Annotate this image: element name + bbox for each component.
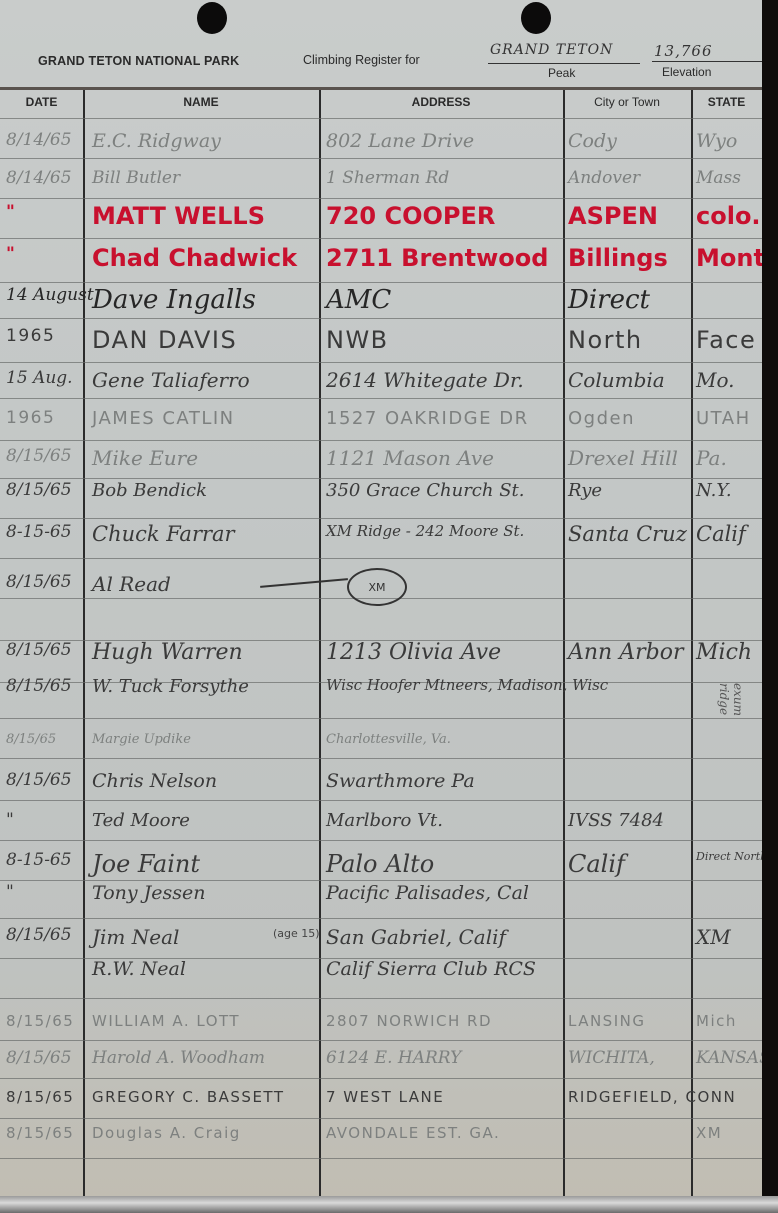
entry-date: " bbox=[6, 244, 15, 264]
column-divider bbox=[563, 90, 565, 1196]
park-name: GRAND TETON NATIONAL PARK bbox=[38, 54, 239, 68]
elevation-label: Elevation bbox=[662, 65, 711, 79]
entry-date: 8/15/65 bbox=[6, 446, 72, 466]
entry-name: Al Read bbox=[92, 572, 171, 596]
entry-date: 8/14/65 bbox=[6, 130, 72, 150]
entry-address: 1121 Mason Ave bbox=[326, 446, 494, 470]
ruled-line bbox=[0, 118, 762, 119]
entry-date: 8/14/65 bbox=[6, 168, 72, 188]
entry-date: 8/15/65 bbox=[6, 480, 72, 500]
entry-name: Gene Taliaferro bbox=[92, 368, 250, 392]
entry-city: IVSS 7484 bbox=[568, 810, 664, 831]
entry-city: Ogden bbox=[568, 408, 635, 429]
entry-address: Swarthmore Pa bbox=[326, 770, 475, 792]
entry-city: WICHITA, bbox=[568, 1048, 655, 1068]
entry-city: Drexel Hill bbox=[568, 446, 678, 470]
ruled-line bbox=[0, 158, 762, 159]
age-note: (age 15) bbox=[273, 928, 320, 940]
background-edge bbox=[762, 0, 778, 1213]
entry-state: KANSAS bbox=[696, 1048, 762, 1068]
column-divider bbox=[691, 90, 693, 1196]
header-divider bbox=[0, 87, 762, 90]
entry-date: 8/15/65 bbox=[6, 676, 72, 696]
entry-date: 8/15/65 bbox=[6, 640, 72, 660]
column-header-date: DATE bbox=[0, 95, 83, 109]
entry-date: " bbox=[6, 882, 14, 902]
entry-city: Direct bbox=[568, 285, 650, 315]
exum-ridge-note: exum ridge bbox=[717, 683, 745, 745]
punch-hole bbox=[197, 2, 227, 34]
entry-name: Harold A. Woodham bbox=[92, 1048, 265, 1068]
entry-address: 2614 Whitegate Dr. bbox=[326, 368, 524, 392]
column-divider bbox=[319, 90, 321, 1196]
ruled-line bbox=[0, 998, 762, 999]
entry-address: 802 Lane Drive bbox=[326, 130, 474, 152]
entry-city: Columbia bbox=[568, 368, 665, 392]
entry-name: MATT WELLS bbox=[92, 202, 265, 230]
ruled-line bbox=[0, 398, 762, 399]
entry-name: Jim Neal bbox=[92, 925, 179, 949]
punch-hole bbox=[521, 2, 551, 34]
ruled-line bbox=[0, 198, 762, 199]
entry-city: Rye bbox=[568, 480, 602, 501]
entry-state: Mo. bbox=[696, 368, 735, 392]
register-sheet: GRAND TETON NATIONAL PARK Climbing Regis… bbox=[0, 0, 762, 1203]
entry-state: Mass bbox=[696, 168, 741, 188]
ruled-line bbox=[0, 1118, 762, 1119]
entry-address: Palo Alto bbox=[326, 850, 434, 878]
peak-rule bbox=[488, 63, 640, 64]
ruled-line bbox=[0, 238, 762, 239]
entry-address: San Gabriel, Calif bbox=[326, 925, 506, 949]
entry-state: UTAH bbox=[696, 408, 751, 429]
entry-date: 15 Aug. bbox=[6, 368, 73, 388]
column-header-address: ADDRESS bbox=[319, 95, 563, 109]
xm-circle-annotation: XM bbox=[347, 568, 407, 606]
entry-name: JAMES CATLIN bbox=[92, 408, 235, 429]
elevation-value: 13,766 bbox=[654, 42, 713, 60]
entry-state: XM bbox=[696, 925, 731, 949]
xm-pointer-line bbox=[260, 578, 348, 587]
entry-name: Dave Ingalls bbox=[92, 285, 256, 315]
entry-date: " bbox=[6, 810, 14, 830]
elevation-rule bbox=[652, 61, 762, 62]
entry-name: DAN DAVIS bbox=[92, 326, 237, 354]
column-header-name: NAME bbox=[83, 95, 319, 109]
peak-value: GRAND TETON bbox=[490, 42, 640, 58]
column-header-city: City or Town bbox=[563, 95, 691, 109]
entry-state: Direct North Face bbox=[696, 850, 762, 863]
entry-address: AVONDALE EST. GA. bbox=[326, 1124, 500, 1142]
entry-name: Bob Bendick bbox=[92, 480, 207, 501]
entry-date: 8-15-65 bbox=[6, 522, 72, 542]
ruled-line bbox=[0, 918, 762, 919]
entry-name: Joe Faint bbox=[92, 850, 200, 878]
entry-address: Marlboro Vt. bbox=[326, 810, 443, 831]
ruled-line bbox=[0, 282, 762, 283]
entry-address: NWB bbox=[326, 326, 389, 354]
register-label: Climbing Register for bbox=[303, 53, 420, 67]
ruled-line bbox=[0, 478, 762, 479]
entry-city: LANSING bbox=[568, 1012, 645, 1030]
ruled-line bbox=[0, 558, 762, 559]
entry-state: N.Y. bbox=[696, 480, 732, 501]
entry-address: 2807 NORWICH RD bbox=[326, 1012, 492, 1030]
entry-address: 350 Grace Church St. bbox=[326, 480, 525, 501]
ruled-line bbox=[0, 440, 762, 441]
ruled-line bbox=[0, 1078, 762, 1079]
entry-name: Margie Updike bbox=[92, 732, 191, 747]
entry-state: Mont. bbox=[696, 244, 762, 272]
entry-address: 720 COOPER bbox=[326, 202, 495, 230]
entry-name: R.W. Neal bbox=[92, 958, 186, 980]
entry-state: Face bbox=[696, 326, 756, 354]
ruled-line bbox=[0, 318, 762, 319]
entry-date: 8/15/65 bbox=[6, 770, 72, 790]
ruled-line bbox=[0, 718, 762, 719]
entry-state: Mich bbox=[696, 640, 752, 665]
peak-label: Peak bbox=[548, 66, 575, 80]
entry-name: Ted Moore bbox=[92, 810, 190, 831]
entry-city: ASPEN bbox=[568, 202, 658, 230]
entry-name: Tony Jessen bbox=[92, 882, 206, 904]
entry-name: Bill Butler bbox=[92, 168, 180, 188]
entry-address: 1213 Olivia Ave bbox=[326, 640, 501, 665]
entry-address: 1527 OAKRIDGE DR bbox=[326, 408, 529, 429]
entry-date: 8/15/65 bbox=[6, 1012, 74, 1030]
clipboard-edge bbox=[0, 1196, 778, 1213]
entry-city: Ann Arbor bbox=[568, 640, 683, 665]
entry-name: Hugh Warren bbox=[92, 640, 243, 665]
entry-date: 8-15-65 bbox=[6, 850, 72, 870]
entry-date: " bbox=[6, 202, 15, 222]
entry-state: XM bbox=[696, 1124, 722, 1142]
ruled-line bbox=[0, 880, 762, 881]
entry-address: Charlottesville, Va. bbox=[326, 732, 451, 747]
ruled-line bbox=[0, 800, 762, 801]
entry-address: AMC bbox=[326, 285, 391, 315]
entry-address: Pacific Palisades, Cal bbox=[326, 882, 529, 904]
entry-name: GREGORY C. BASSETT bbox=[92, 1088, 285, 1106]
ruled-line bbox=[0, 362, 762, 363]
entry-date: 8/15/65 bbox=[6, 1124, 74, 1142]
entry-state: Wyo bbox=[696, 130, 737, 152]
entry-address: Wisc Hoofer Mtneers, Madison, Wisc bbox=[326, 676, 602, 694]
entry-name: Chris Nelson bbox=[92, 770, 217, 792]
entry-state: Calif bbox=[696, 522, 746, 546]
entry-state: Mich bbox=[696, 1012, 737, 1030]
entry-city: Andover bbox=[568, 168, 640, 188]
entry-date: 8/15/65 bbox=[6, 1088, 74, 1106]
entry-address: XM Ridge - 242 Moore St. bbox=[326, 522, 524, 540]
entry-name: WILLIAM A. LOTT bbox=[92, 1012, 240, 1030]
entry-city: Cody bbox=[568, 130, 617, 152]
ruled-line bbox=[0, 518, 762, 519]
entry-name: Mike Eure bbox=[92, 446, 198, 470]
entry-address: 7 WEST LANE bbox=[326, 1088, 444, 1106]
entry-date: 8/15/65 bbox=[6, 925, 72, 945]
entry-address: 1 Sherman Rd bbox=[326, 168, 449, 188]
ruled-line bbox=[0, 1040, 762, 1041]
entry-city: North bbox=[568, 326, 643, 354]
entry-date: 8/15/65 bbox=[6, 572, 72, 592]
entry-city: Billings bbox=[568, 244, 668, 272]
entry-city: Calif bbox=[568, 850, 625, 878]
entry-address: 2711 Brentwood bbox=[326, 244, 548, 272]
entry-name: Chuck Farrar bbox=[92, 522, 235, 546]
entry-name: Chad Chadwick bbox=[92, 244, 297, 272]
entry-name: W. Tuck Forsythe bbox=[92, 676, 249, 697]
entry-state: colo. bbox=[696, 202, 761, 230]
entry-state: Pa. bbox=[696, 446, 727, 470]
entry-city: Santa Cruz bbox=[568, 522, 687, 546]
entry-date: 1965 bbox=[6, 408, 55, 428]
column-divider bbox=[83, 90, 85, 1196]
entry-city: RIDGEFIELD, CONN bbox=[568, 1088, 730, 1106]
entry-date: 8/15/65 bbox=[6, 732, 56, 747]
entry-date: 8/15/65 bbox=[6, 1048, 72, 1068]
entry-name: Douglas A. Craig bbox=[92, 1124, 241, 1142]
entry-address: Calif Sierra Club RCS bbox=[326, 958, 536, 980]
column-header-state: STATE bbox=[691, 95, 762, 109]
entry-address: 6124 E. HARRY bbox=[326, 1048, 461, 1068]
ruled-line bbox=[0, 758, 762, 759]
ruled-line bbox=[0, 1158, 762, 1159]
entry-name: E.C. Ridgway bbox=[92, 130, 221, 152]
entry-date: 14 August bbox=[6, 285, 94, 305]
entry-date: 1965 bbox=[6, 326, 55, 346]
ruled-line bbox=[0, 840, 762, 841]
